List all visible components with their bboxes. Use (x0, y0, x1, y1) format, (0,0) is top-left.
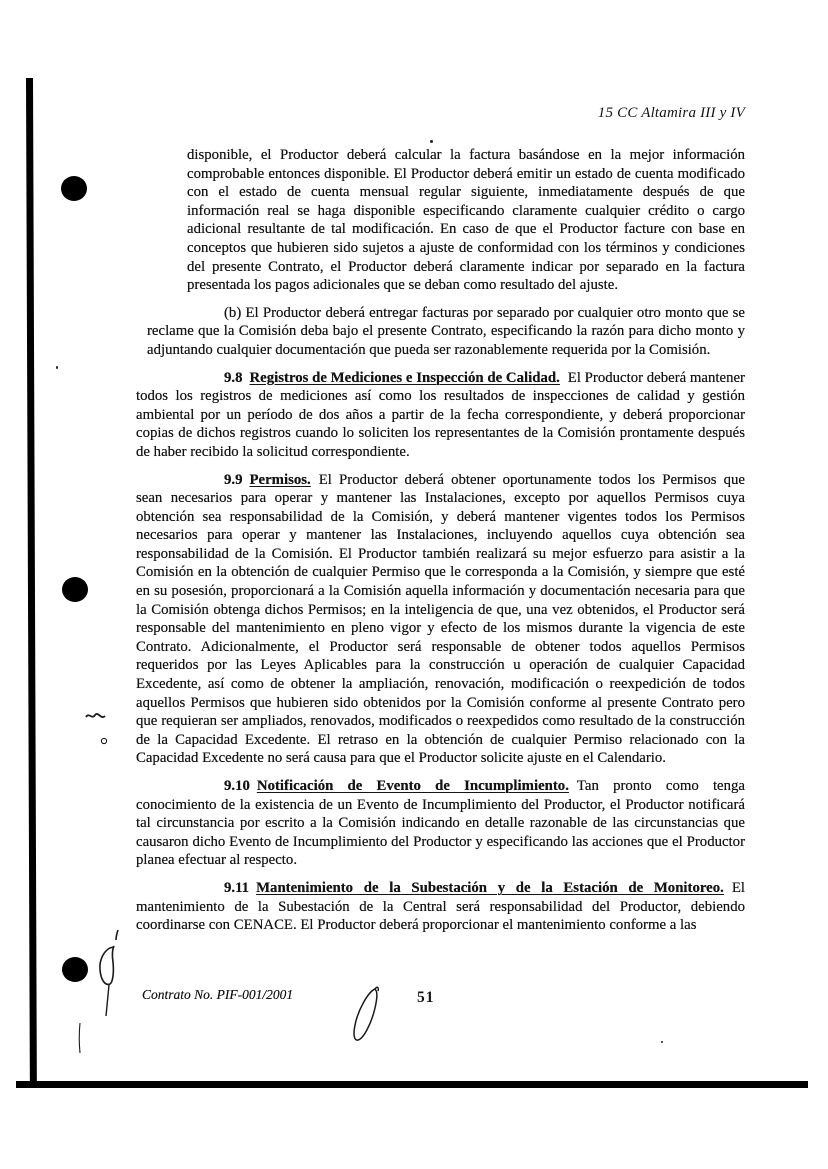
section-number: 9.11 (224, 880, 249, 896)
pen-oval-mark (354, 987, 378, 1040)
section-title: Registros de Mediciones e Inspección de … (250, 370, 560, 386)
footer-page-number: 51 (417, 989, 435, 1007)
margin-squiggle-mark (86, 714, 105, 717)
section-title: Mantenimiento de la Subestación y de la … (256, 880, 724, 896)
document-body: disponible, el Productor deberá calcular… (136, 146, 745, 944)
paragraph-continuation: disponible, el Productor deberá calcular… (187, 146, 745, 295)
scan-speck (430, 140, 433, 143)
scan-speck (661, 1041, 663, 1043)
section-number: 9.10 (224, 778, 250, 794)
pen-paraphe-mark (100, 946, 114, 984)
section-number: 9.9 (224, 472, 243, 488)
hole-punch-dot (61, 176, 87, 201)
pen-paraphe-mark (79, 1023, 80, 1053)
degree-mark (101, 738, 106, 743)
page-bottom-border (16, 1081, 808, 1088)
scanned-contract-page: 15 CC Altamira III y IV disponible, el P… (0, 0, 828, 1169)
section-9-8: 9.8Registros de Mediciones e Inspección … (136, 369, 745, 462)
hole-punch-dot (62, 577, 88, 602)
pen-paraphe-mark (116, 930, 118, 940)
section-title: Permisos. (250, 472, 311, 488)
footer-contract-number: Contrato No. PIF-001/2001 (142, 987, 293, 1003)
section-number: 9.8 (224, 370, 243, 386)
section-text: El Productor deberá obtener oportunament… (136, 472, 745, 767)
paragraph-subclause-b: (b) El Productor deberá entregar factura… (147, 304, 745, 360)
section-9-9: 9.9Permisos.El Productor deberá obtener … (136, 471, 745, 769)
pen-paraphe-mark (106, 985, 109, 1016)
scan-speck (56, 366, 58, 369)
section-title: Notificación de Evento de Incumplimiento… (257, 778, 569, 794)
paragraph-text: (b) El Productor deberá entregar factura… (147, 305, 745, 358)
page-left-border (26, 78, 37, 1084)
running-header: 15 CC Altamira III y IV (400, 105, 745, 122)
paragraph-text: disponible, el Productor deberá calcular… (187, 147, 745, 293)
section-9-11: 9.11Mantenimiento de la Subestación y de… (136, 879, 745, 935)
section-9-10: 9.10Notificación de Evento de Incumplimi… (136, 777, 745, 870)
hole-punch-dot (62, 957, 88, 982)
